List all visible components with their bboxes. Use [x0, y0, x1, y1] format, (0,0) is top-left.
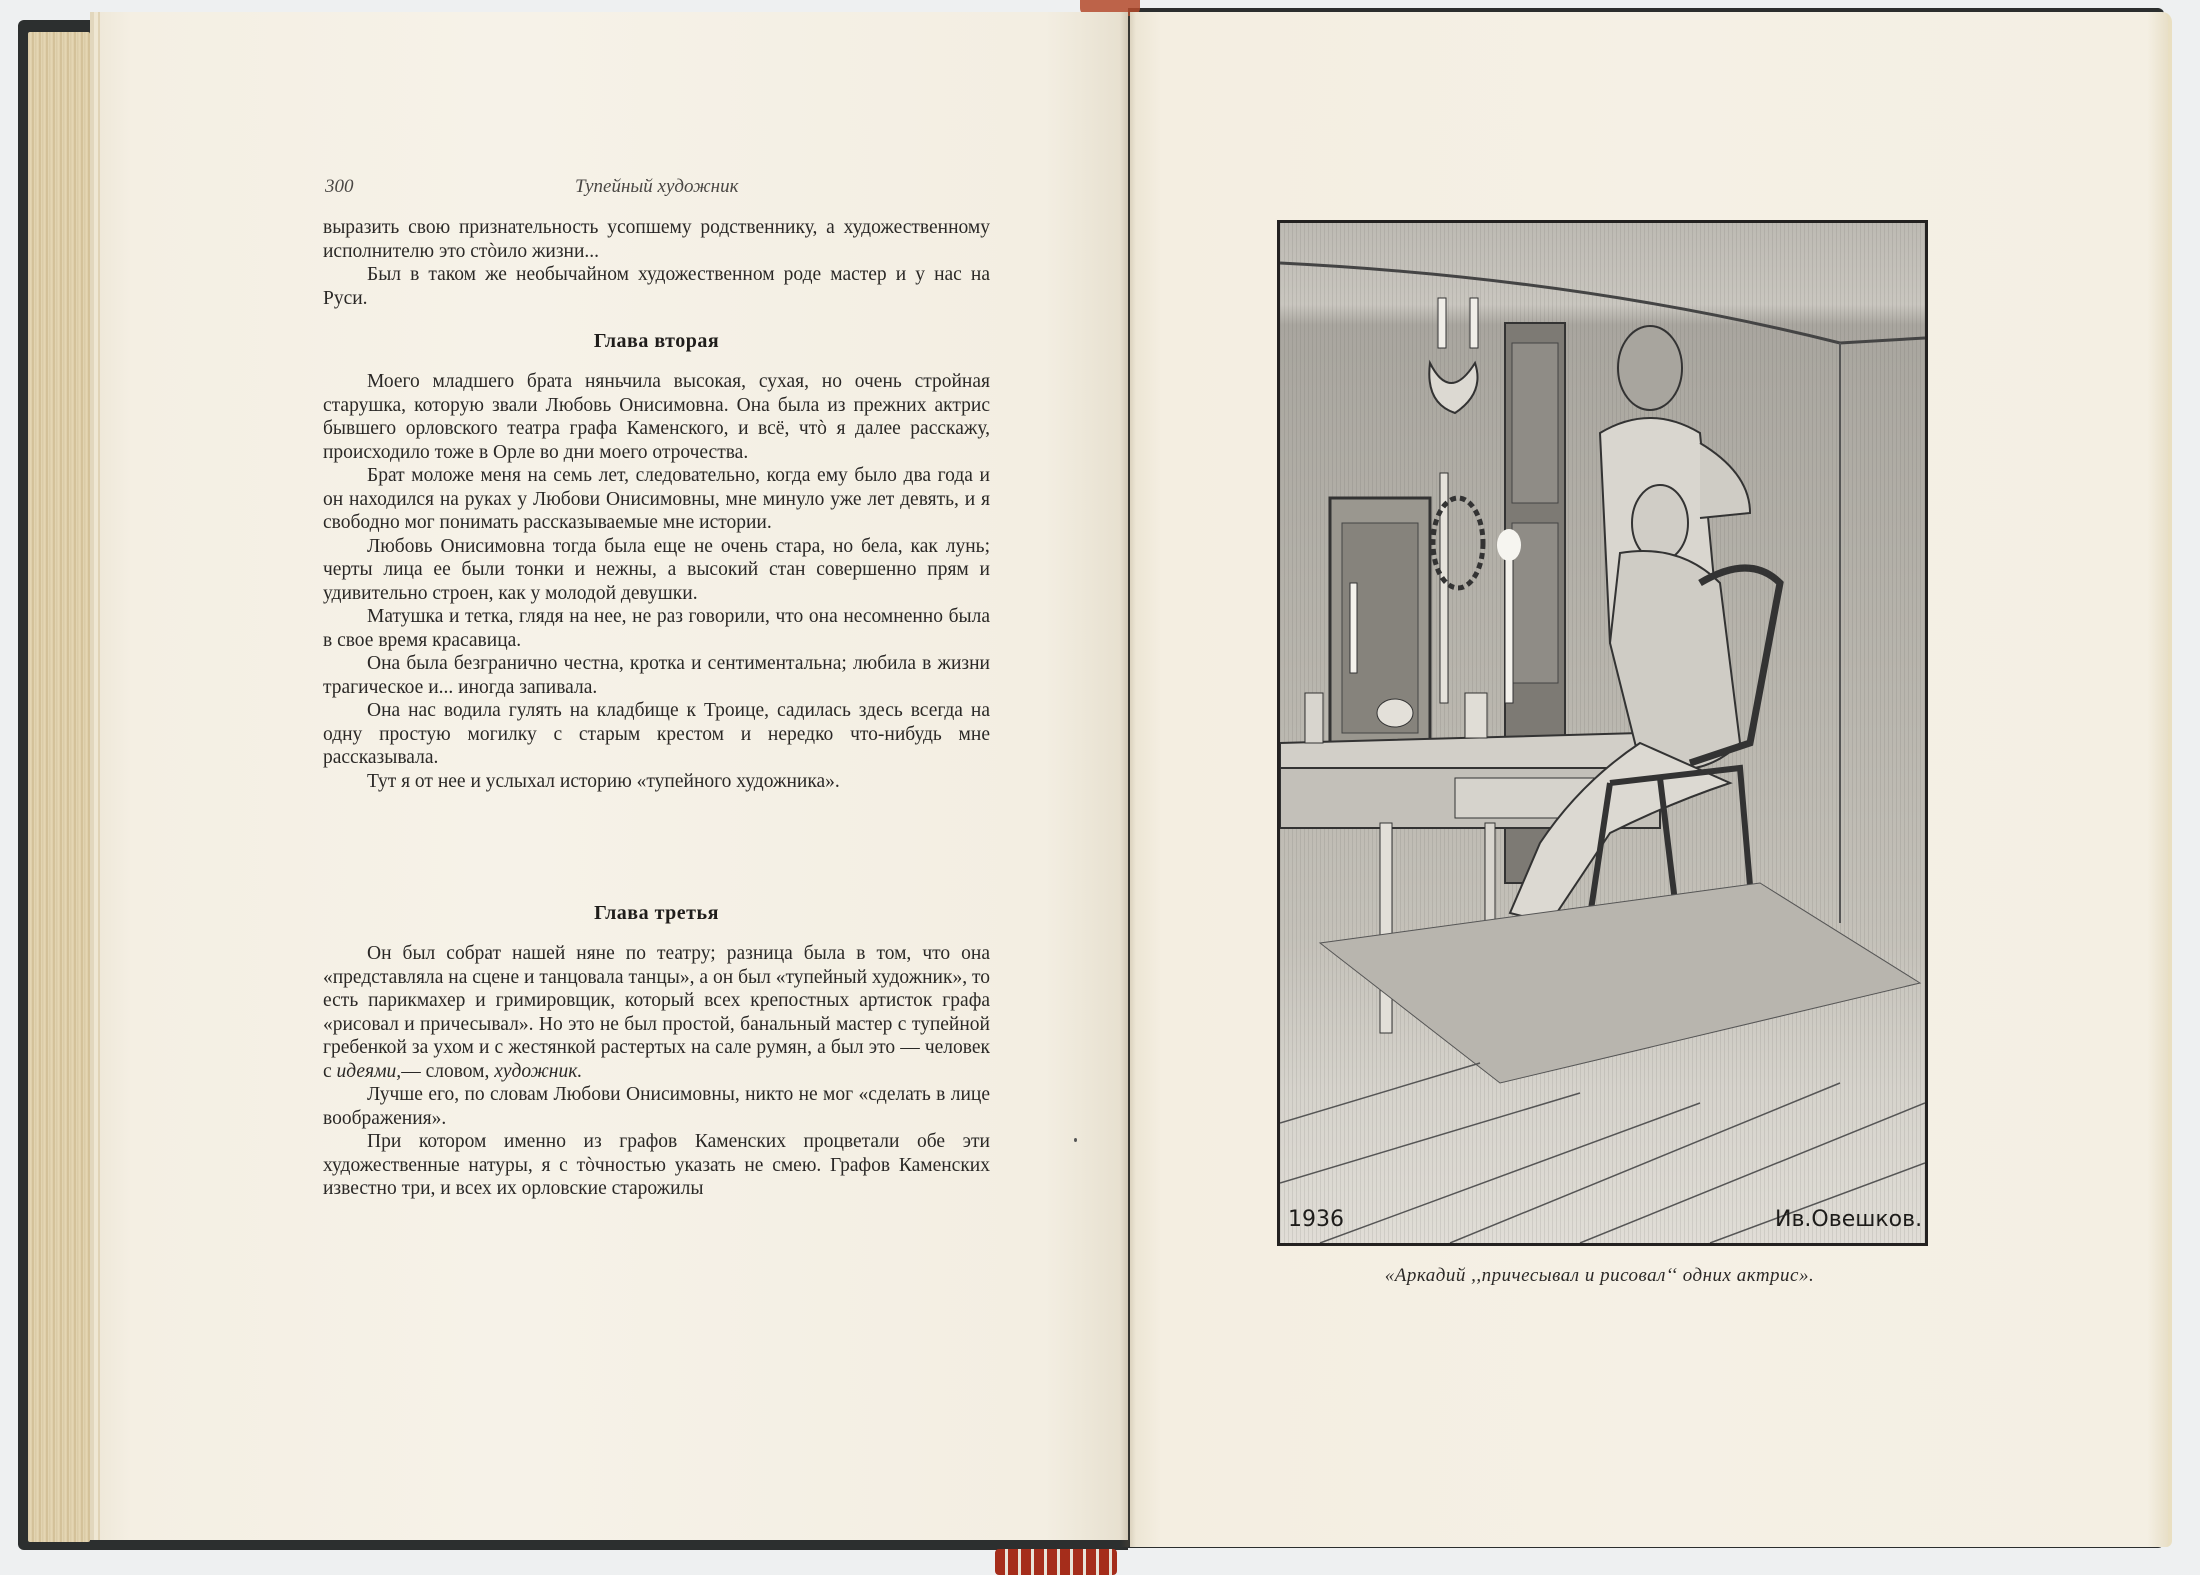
paragraph: Брат моложе меня на семь лет, следовател… — [323, 464, 990, 535]
chapter-heading: Глава третья — [323, 902, 990, 925]
paragraph: Лучше его, по словам Любови Онисимовны, … — [323, 1083, 990, 1130]
signature-artist: Ив.Овешков. — [1775, 1207, 1922, 1232]
signature-year: 1936 — [1288, 1207, 1344, 1232]
illustration-engraving — [1277, 220, 1928, 1246]
paragraph: Тут я от нее и услыхал историю «тупейног… — [323, 770, 990, 794]
paragraph: Был в таком же необычайном художественно… — [323, 263, 990, 310]
illustration-caption: «Аркадий ,,причесывал и рисовал‘‘ одних … — [1277, 1265, 1922, 1287]
paragraph: Моего младшего брата няньчила высокая, с… — [323, 370, 990, 464]
paragraph: При котором именно из графов Каменских п… — [323, 1130, 990, 1201]
text-block-intro: выразить свою признательность усопшему р… — [323, 216, 990, 310]
paragraph: Матушка и тетка, глядя на нее, не раз го… — [323, 605, 990, 652]
paragraph: выразить свою признательность усопшему р… — [323, 216, 990, 263]
page-number: 300 — [325, 176, 354, 200]
paragraph: Он был собрат нашей няне по театру; разн… — [323, 942, 990, 1083]
text-block-chapter2: Моего младшего брата няньчила высокая, с… — [323, 370, 990, 793]
emphasis: художник. — [494, 1061, 582, 1082]
text-block-chapter3: Он был собрат нашей няне по театру; разн… — [323, 942, 990, 1201]
text-run: — словом, — [401, 1061, 494, 1082]
page-edges — [28, 32, 90, 1542]
running-title: Тупейный художник — [575, 176, 738, 200]
bookmark-ribbon-bottom[interactable] — [995, 1549, 1117, 1575]
book-spine — [1120, 12, 1136, 1547]
chapter-heading: Глава вторая — [323, 330, 990, 353]
emphasis: идеями, — [337, 1061, 402, 1082]
paragraph: Она была безгранично честна, кротка и се… — [323, 652, 990, 699]
paper-speck — [1074, 1138, 1077, 1142]
illustration-drawing — [1280, 223, 1925, 1243]
paragraph: Она нас водила гулять на кладбище к Трои… — [323, 699, 990, 770]
paragraph: Любовь Онисимовна тогда была еще не очен… — [323, 535, 990, 606]
